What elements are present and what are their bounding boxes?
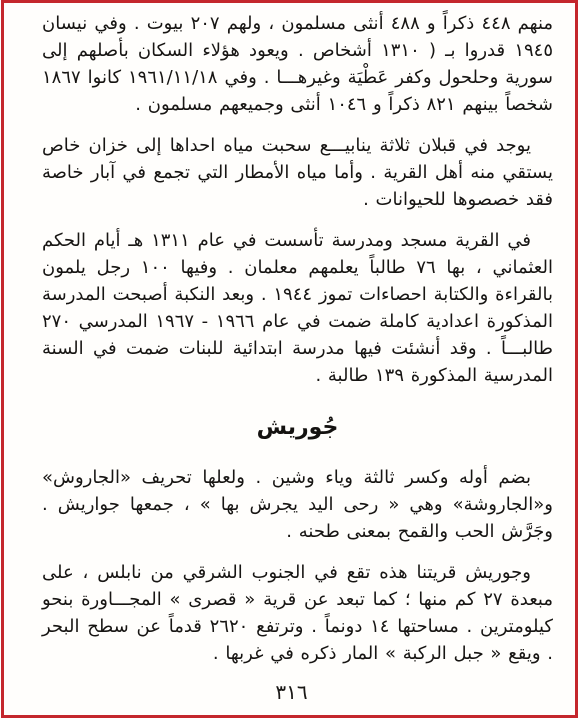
body-paragraph-population: منهم ٤٤٨ ذكراً و ٤٨٨ أنثى مسلمون ، ولهم … [42,10,553,118]
body-paragraph-location: وجوريش قريتنا هذه تقع في الجنوب الشرقي م… [42,559,553,667]
body-paragraph-springs: يوجد في قبلان ثلاثة ينابيـــع سحبت مياه … [42,132,553,213]
section-heading-jurish: جُوريش [42,415,553,440]
body-paragraph-etymology: بضم أوله وكسر ثالثة وياء وشين . ولعلها ت… [42,464,553,545]
scanned-book-page: { "document": { "language": "Arabic", "b… [0,0,583,726]
page-content: منهم ٤٤٨ ذكراً و ٤٨٨ أنثى مسلمون ، ولهم … [42,10,553,681]
page-number: ٣١٦ [0,680,583,704]
body-paragraph-mosque-school: في القرية مسجد ومدرسة تأسست في عام ١٣١١ … [42,227,553,389]
